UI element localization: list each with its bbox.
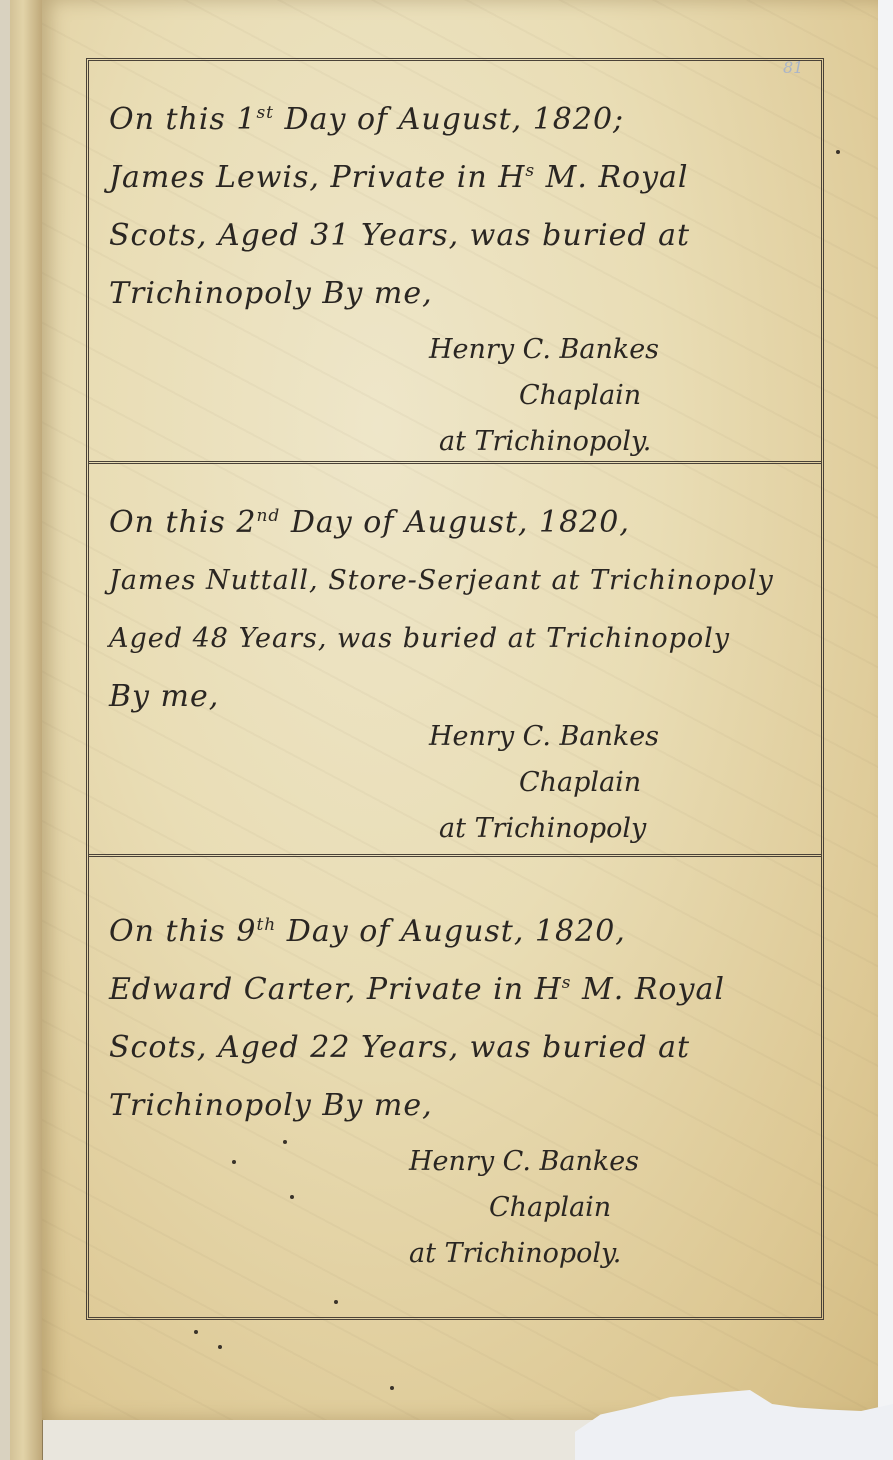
signature-place: at Trichinopoly. — [109, 419, 807, 465]
entry-line: Scots, Aged 31 Years, was buried at — [109, 207, 807, 265]
entry-line: Trichinopoly By me, — [109, 265, 807, 323]
entry-line: Scots, Aged 22 Years, was buried at — [109, 1019, 807, 1077]
burial-entry-1: On this 1st Day of August, 1820; James L… — [89, 61, 821, 461]
ink-speck — [334, 1300, 338, 1304]
signature-title: Chaplain — [109, 1185, 807, 1231]
entry-line: Edward Carter, Private in Hs M. Royal — [109, 961, 807, 1019]
binding-gutter — [0, 0, 10, 1460]
ink-speck — [390, 1386, 394, 1390]
ink-speck — [290, 1195, 294, 1199]
entry-line: On this 2nd Day of August, 1820, — [109, 494, 807, 552]
signature-title: Chaplain — [109, 760, 807, 806]
entry-line: Trichinopoly By me, — [109, 1077, 807, 1135]
entry-line: On this 1st Day of August, 1820; — [109, 91, 807, 149]
burial-entry-3: On this 9th Day of August, 1820, Edward … — [89, 854, 821, 1317]
signature-name: Henry C. Bankes — [109, 327, 807, 373]
burial-entry-2: On this 2nd Day of August, 1820, James N… — [89, 461, 821, 854]
register-frame: On this 1st Day of August, 1820; James L… — [86, 58, 824, 1320]
ink-speck — [194, 1330, 198, 1334]
entry-line: James Nuttall, Store-Serjeant at Trichin… — [109, 552, 807, 610]
signature-title: Chaplain — [109, 373, 807, 419]
entry-line: James Lewis, Private in Hs M. Royal — [109, 149, 807, 207]
background-surface — [878, 0, 893, 1460]
signature-name: Henry C. Bankes — [109, 714, 807, 760]
entry-line: Aged 48 Years, was buried at Trichinopol… — [109, 610, 807, 668]
signature-place: at Trichinopoly — [109, 806, 807, 852]
ink-speck — [232, 1160, 236, 1164]
entry-line: On this 9th Day of August, 1820, — [109, 903, 807, 961]
ink-speck — [836, 150, 840, 154]
ink-speck — [218, 1345, 222, 1349]
signature-place: at Trichinopoly. — [109, 1231, 807, 1277]
signature-name: Henry C. Bankes — [109, 1139, 807, 1185]
ink-speck — [283, 1140, 287, 1144]
